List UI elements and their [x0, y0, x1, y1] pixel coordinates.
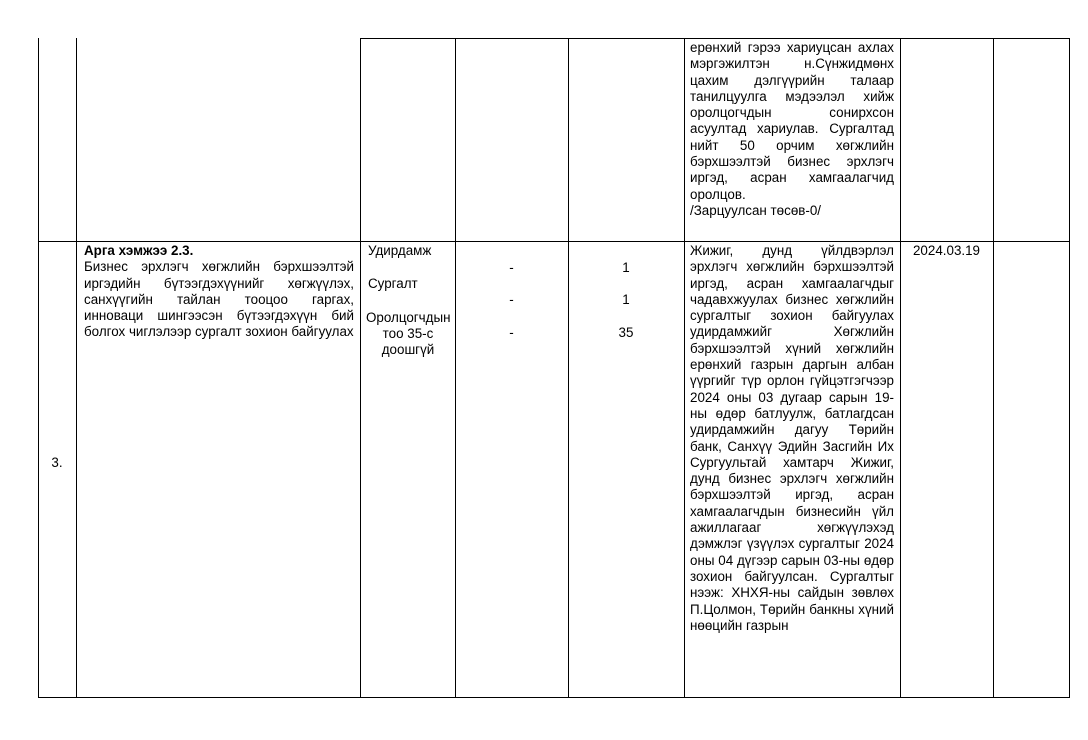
- row-number: 3.: [38, 455, 76, 471]
- measure-title: Арга хэмжээ 2.3.: [84, 243, 354, 259]
- baseline-2: -: [455, 292, 568, 308]
- table-border-bottom: [38, 697, 1070, 698]
- indicator-cell: Удирдамж Сургалт Оролцогчдын тоо 35-с до…: [362, 243, 454, 358]
- col-divider: [76, 38, 77, 698]
- prev-report-budget: /Зарцуулсан төсөв-0/: [690, 203, 894, 219]
- col-divider: [1069, 38, 1070, 698]
- col-divider: [993, 38, 994, 698]
- baseline-1: -: [455, 260, 568, 276]
- report-cell: Жижиг, дунд үйлдвэрлэл эрхлэгч хөгжлийн …: [690, 243, 894, 695]
- prev-report-text: ерөнхий гэрээ хариуцсан ахлах мэргэжилтэ…: [690, 40, 894, 203]
- col-divider: [900, 38, 901, 698]
- baseline-3: -: [455, 325, 568, 341]
- col-divider: [568, 38, 569, 698]
- row-divider: [38, 241, 1070, 242]
- col-divider: [455, 38, 456, 698]
- table-border-top: [360, 38, 1070, 39]
- col-divider: [38, 38, 39, 698]
- measure-text: Бизнес эрхлэгч хөгжлийн бэрхшээлтэй иргэ…: [84, 259, 354, 340]
- baseline-cell: - - -: [455, 260, 568, 341]
- target-1: 1: [568, 260, 684, 276]
- document-page: ерөнхий гэрээ хариуцсан ахлах мэргэжилтэ…: [0, 0, 1088, 740]
- date-cell: 2024.03.19: [900, 243, 993, 259]
- col-divider: [684, 38, 685, 698]
- prev-report-cell: ерөнхий гэрээ хариуцсан ахлах мэргэжилтэ…: [690, 40, 894, 219]
- indicator-3: Оролцогчдын тоо 35-с доошгүй: [362, 310, 454, 359]
- target-3: 35: [568, 325, 684, 341]
- col-divider: [360, 38, 361, 698]
- target-cell: 1 1 35: [568, 260, 684, 341]
- target-2: 1: [568, 292, 684, 308]
- indicator-1: Удирдамж: [362, 243, 454, 259]
- measure-cell: Арга хэмжээ 2.3. Бизнес эрхлэгч хөгжлийн…: [84, 243, 354, 341]
- indicator-2: Сургалт: [362, 276, 454, 292]
